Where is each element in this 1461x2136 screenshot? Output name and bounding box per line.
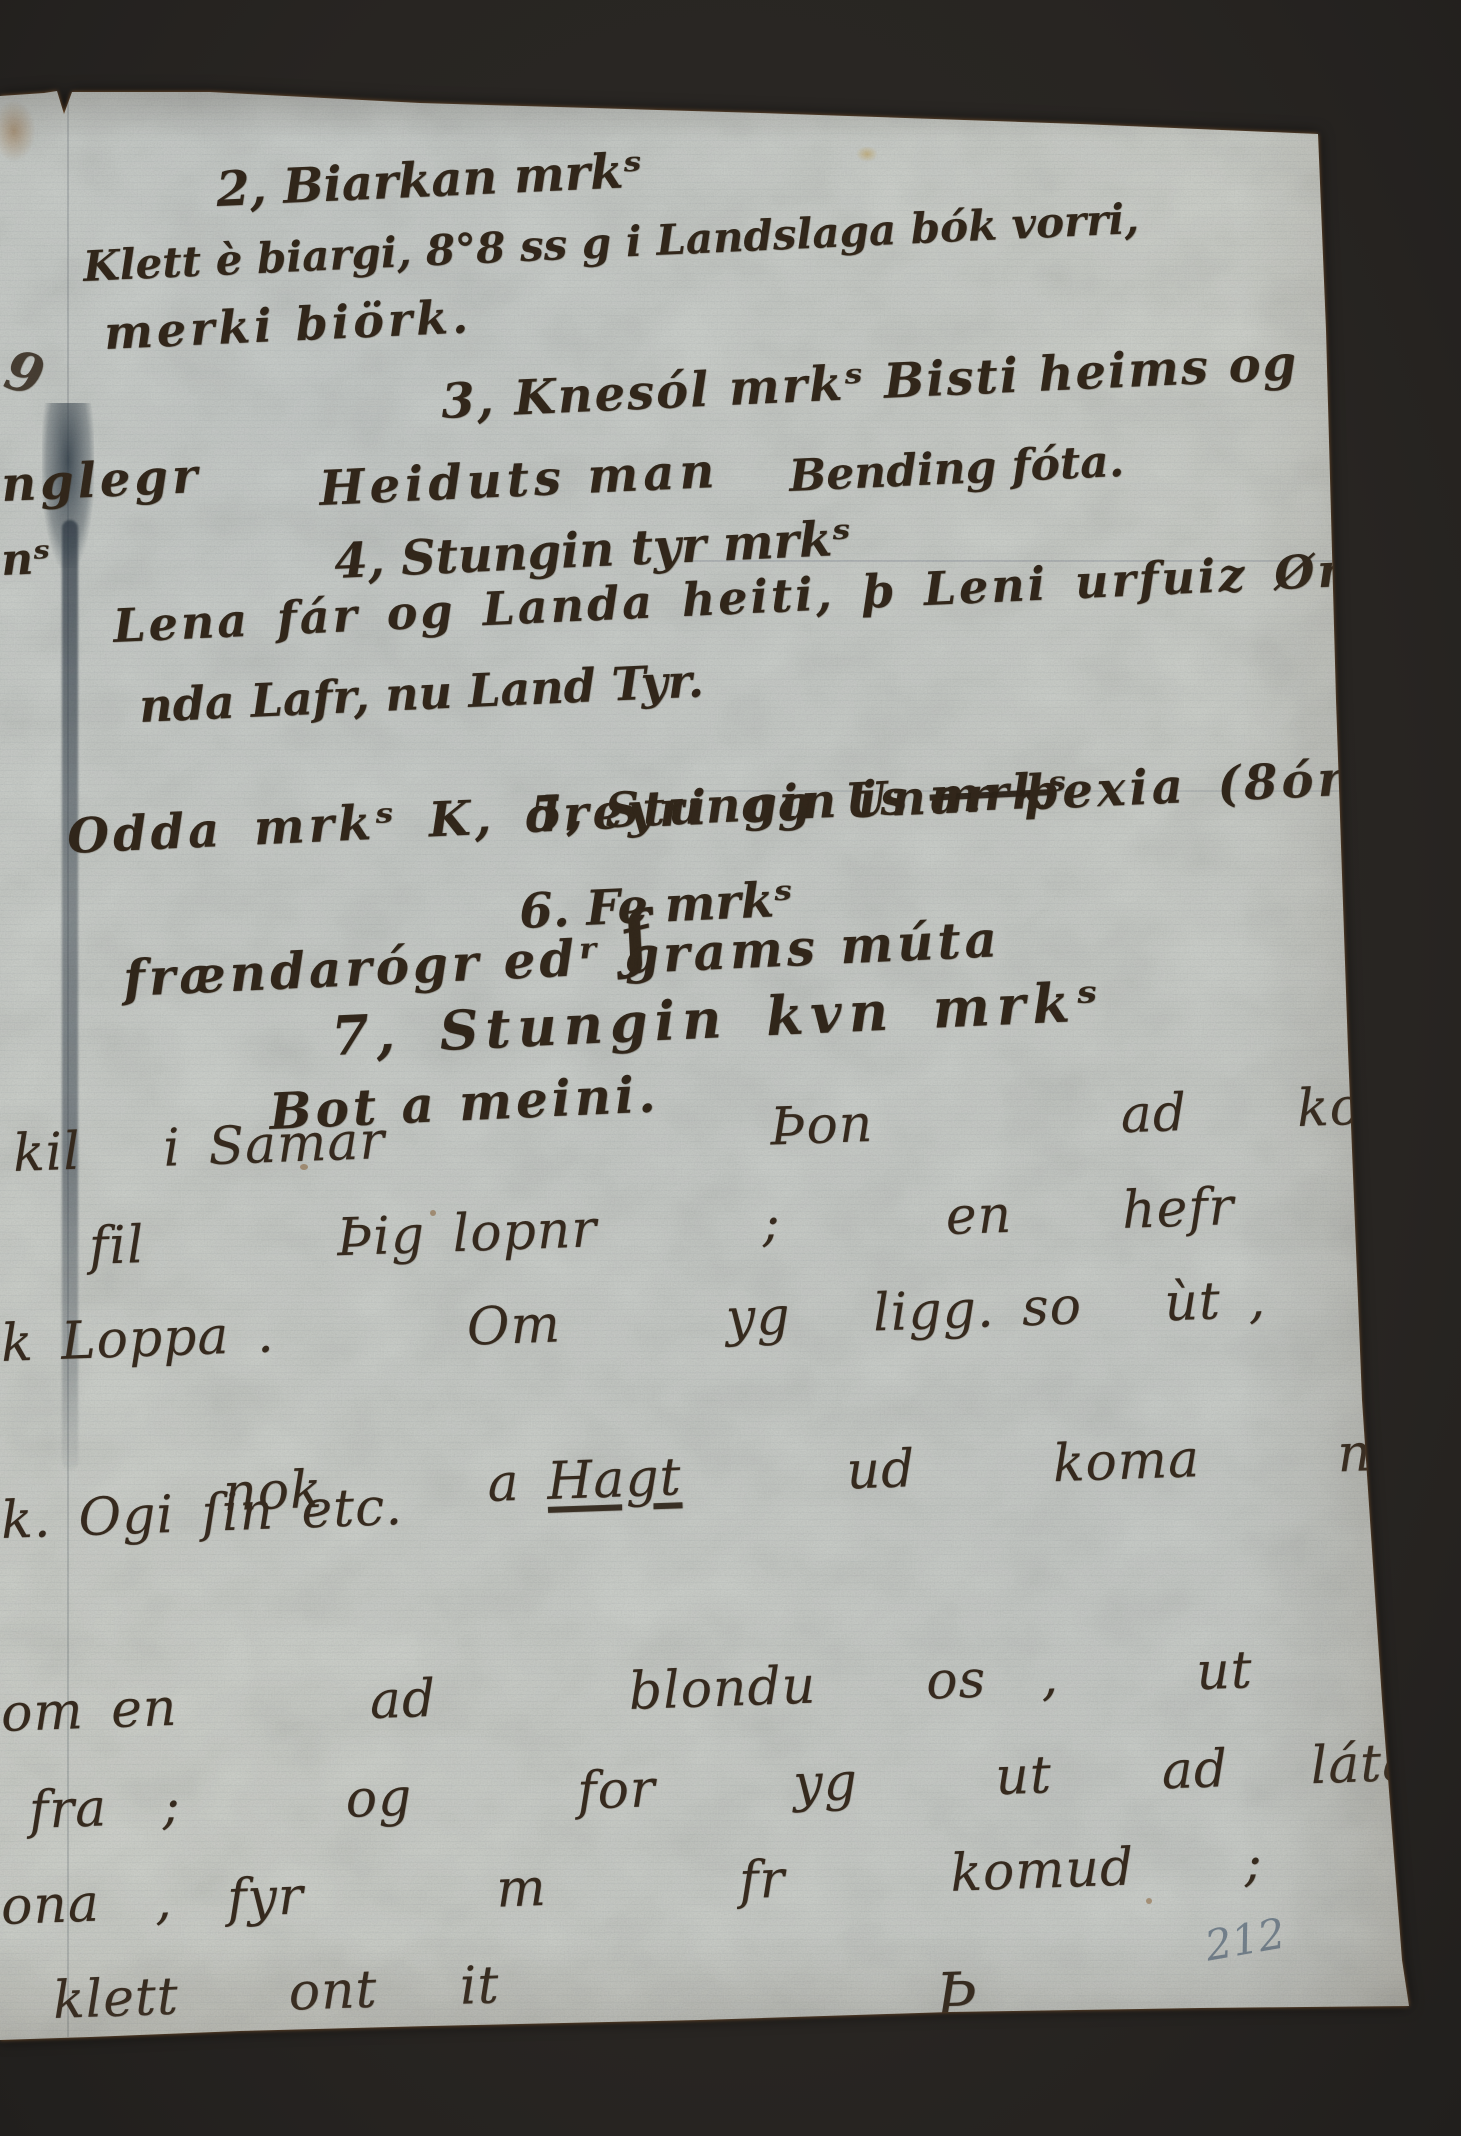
manuscript-line: fil Þig lopnr ; en hefr rohrt: [88, 1168, 1461, 1277]
manuscript-line: om en ad blondu os , ut: [0, 1641, 1254, 1744]
manuscript-line: nok a Hagt ud koma nù .: [0, 1361, 1455, 1591]
manuscript-line: 3, Knesól mrkˢ Bisti heims og: [440, 336, 1299, 430]
paper-shadow-wrap: 2, Biarkan mrkˢ Klett è biargi, 8°8 ss g…: [0, 0, 1461, 2136]
manuscript-line: k Loppa . Om yg ligg. so ùt ,: [0, 1271, 1267, 1375]
foliation-number: 212: [1201, 1908, 1288, 1970]
manuscript-line: Heiduts man: [318, 444, 720, 517]
manuscript-line: ona , fyr m fr komud ;: [0, 1834, 1264, 1938]
scan-backdrop: 2, Biarkan mrkˢ Klett è biargi, 8°8 ss g…: [0, 0, 1461, 2136]
clipped-bottom-flourish: Þ: [935, 1961, 979, 2031]
top-edge-shadow: [0, 88, 1330, 140]
manuscript-line: 2, Biarkan mrkˢ: [215, 144, 643, 218]
manuscript-line: nda Lafr, nu Land Tyr.: [138, 654, 705, 732]
manuscript-line: Bending fóta.: [788, 437, 1125, 503]
manuscript-line: fra ; og for yg ut ad láta: [28, 1734, 1415, 1842]
manuscript-line: kil i Samar Þon ad koma: [12, 1075, 1445, 1185]
line-text: ud koma nù .: [680, 1420, 1452, 1507]
margin-cut-word: nˢ: [0, 534, 52, 587]
manuscript-page: 2, Biarkan mrkˢ Klett è biargi, 8°8 ss g…: [0, 0, 1461, 2136]
ink-speck: [1146, 1898, 1152, 1904]
yellow-fleck: [856, 146, 878, 162]
brown-stain: [0, 100, 36, 162]
manuscript-line: merki biörk.: [103, 290, 473, 360]
margin-flourish: 9: [0, 338, 50, 407]
margin-cut-word: nglegr: [0, 449, 202, 513]
clipped-bottom-line: klett ont it: [52, 1956, 500, 2031]
underscored-word: Hagt: [546, 1447, 683, 1512]
